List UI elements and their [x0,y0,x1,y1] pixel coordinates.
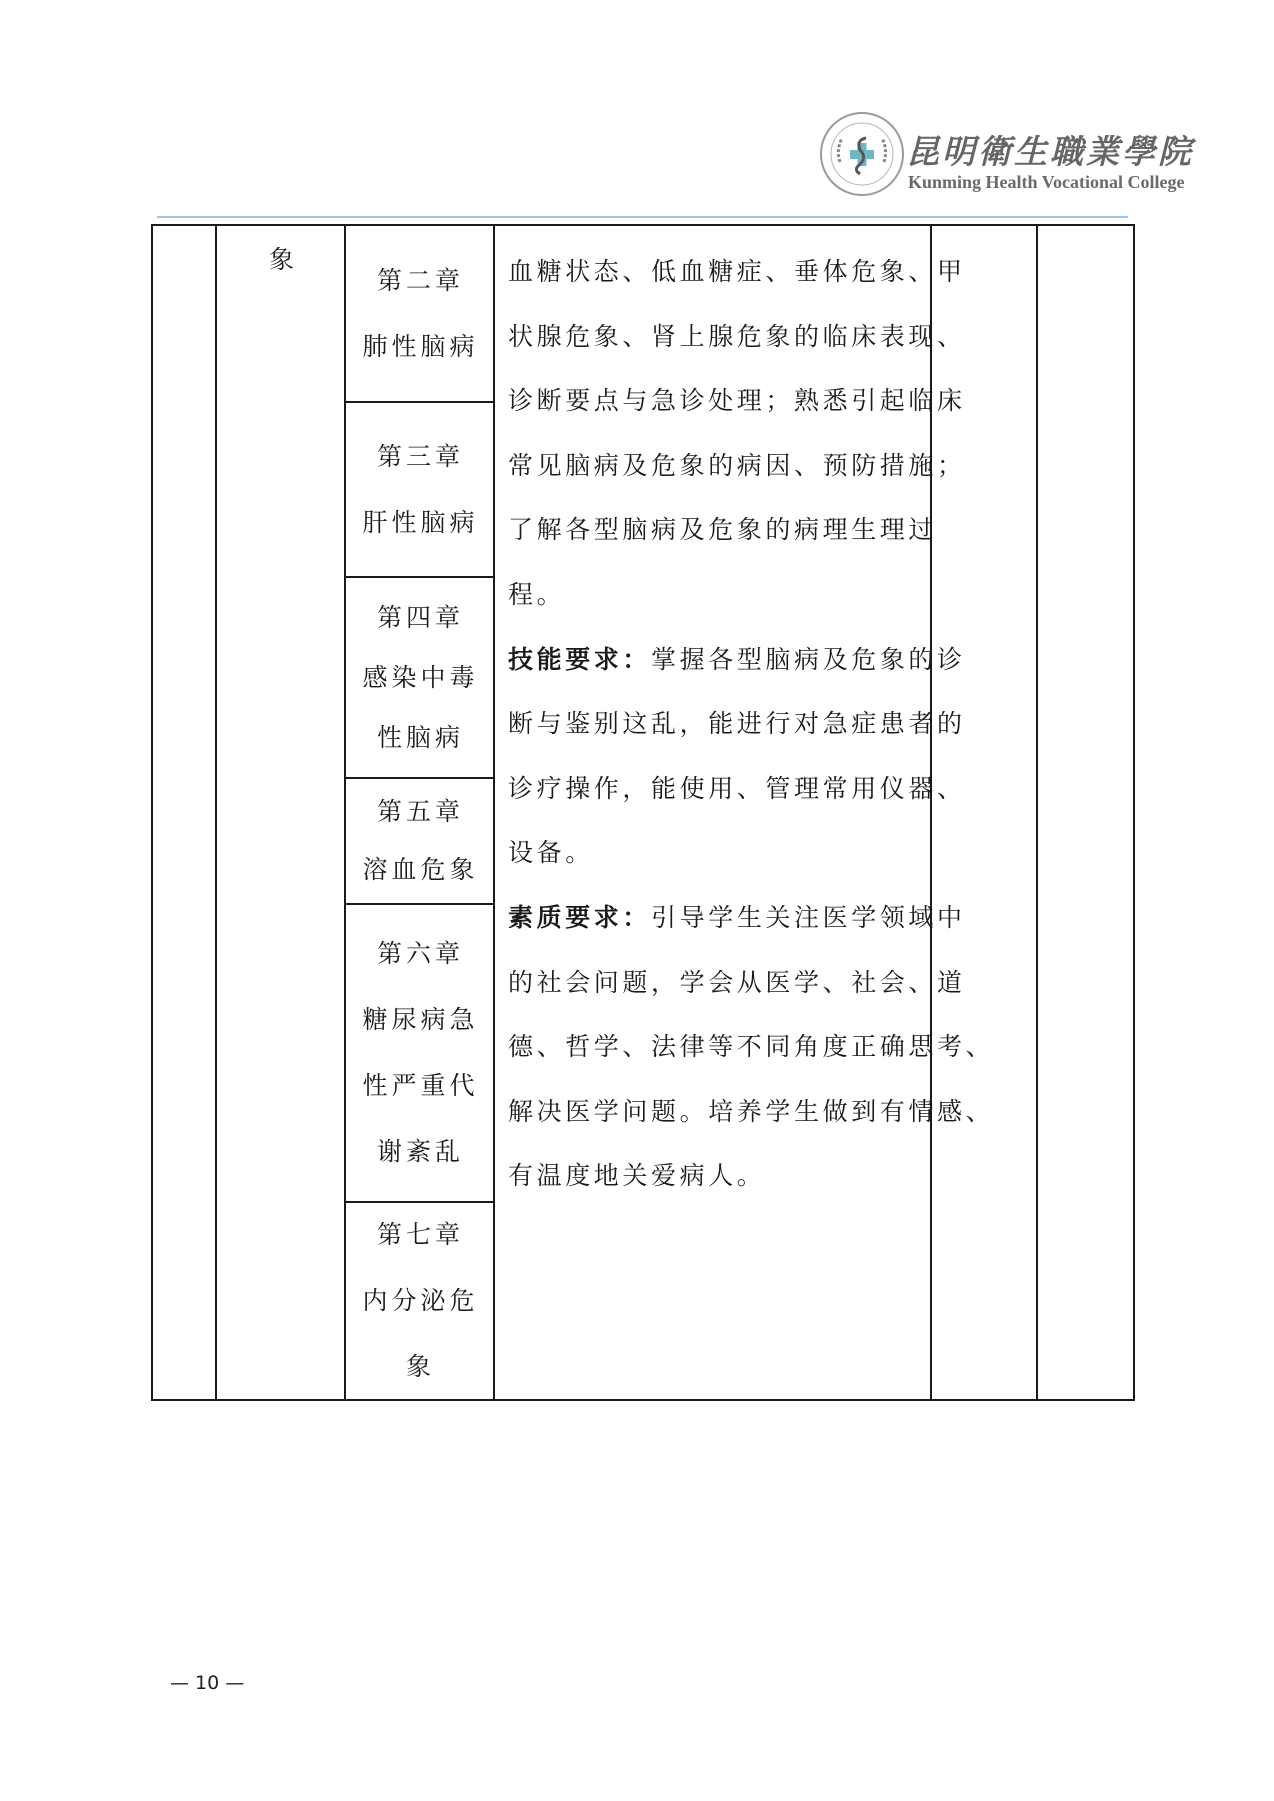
college-name-chinese: 昆明衛生職業學院 [906,126,1186,173]
knowledge-line: 血糖状态、低血糖症、垂体危象、甲 [508,240,940,305]
chapter-number: 第五章 [377,783,464,841]
chapter-title: 性脑病 [377,708,464,768]
skill-line: 设备。 [508,821,940,886]
chapter-title: 肺性脑病 [362,314,478,380]
quality-line: 引导学生关注医学领域中 [651,903,966,932]
chapter-title: 内分泌危 [362,1268,478,1334]
chapter-title: 谢紊乱 [377,1119,464,1185]
empty-cell [932,226,1036,1399]
college-emblem-icon [818,110,906,198]
skill-line: 掌握各型脑病及危象的诊 [651,645,966,674]
knowledge-line: 状腺危象、肾上腺危象的临床表现、 [508,305,940,370]
chapter-cell: 第四章 感染中毒 性脑病 [346,578,495,777]
college-name-english: Kunming Health Vocational College [908,172,1185,193]
module-name: 象 [217,240,346,276]
skill-line: 断与鉴别这乱，能进行对急症患者的 [508,692,940,757]
chapter-number: 第六章 [377,921,464,987]
skill-label: 技能要求： [508,645,651,674]
chapter-title: 性严重代 [362,1053,478,1119]
quality-line: 的社会问题，学会从医学、社会、道 [508,951,940,1016]
column-divider [215,226,217,1399]
empty-cell [1038,226,1133,1399]
knowledge-line: 诊断要点与急诊处理；熟悉引起临床 [508,369,940,434]
knowledge-line: 了解各型脑病及危象的病理生理过 [508,498,940,563]
chapter-cell: 第三章 肝性脑病 [346,403,495,576]
chapter-title: 溶血危象 [362,841,478,899]
chapter-cell: 第五章 溶血危象 [346,779,495,903]
quality-line: 有温度地关爱病人。 [508,1144,940,1209]
quality-requirement: 素质要求：引导学生关注医学领域中 [508,886,940,951]
chapter-number: 第二章 [377,248,464,314]
knowledge-line: 程。 [508,563,940,628]
knowledge-line: 常见脑病及危象的病因、预防措施； [508,434,940,499]
skill-line: 诊疗操作，能使用、管理常用仪器、 [508,757,940,822]
quality-line: 德、哲学、法律等不同角度正确思考、 [508,1015,940,1080]
chapter-number: 第三章 [377,424,464,490]
skill-requirement: 技能要求：掌握各型脑病及危象的诊 [508,628,940,693]
curriculum-table: 象 第二章 肺性脑病 第三章 肝性脑病 第四章 感染中毒 性脑病 第五章 溶血危… [151,224,1135,1401]
page-number: — 10 — [170,1672,244,1694]
chapter-title: 象 [406,1334,435,1400]
chapter-cell: 第二章 肺性脑病 [346,226,495,401]
chapter-title: 肝性脑病 [362,490,478,556]
chapter-cell: 第七章 内分泌危 象 [346,1203,495,1399]
requirements-text: 血糖状态、低血糖症、垂体危象、甲 状腺危象、肾上腺危象的临床表现、 诊断要点与急… [508,240,940,1209]
chapter-title: 糖尿病急 [362,987,478,1053]
chapter-title: 感染中毒 [362,648,478,708]
quality-label: 素质要求： [508,903,651,932]
chapter-number: 第七章 [377,1202,464,1268]
chapter-cell: 第六章 糖尿病急 性严重代 谢紊乱 [346,905,495,1201]
quality-line: 解决医学问题。培养学生做到有情感、 [508,1080,940,1145]
chapter-number: 第四章 [377,588,464,648]
header-divider [157,216,1128,218]
